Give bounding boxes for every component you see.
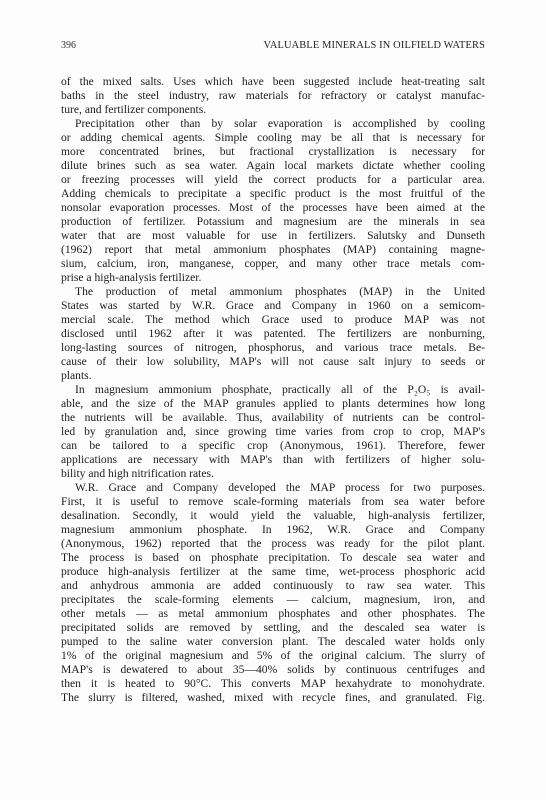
text-line: or freezing processes will yield the cor… (61, 173, 485, 187)
text-line: then it is heated to 90°C. This converts… (61, 677, 485, 691)
text-line: can be tailored to a specific crop (Anon… (61, 439, 485, 453)
text-line: dilute brines such as sea water. Again l… (61, 159, 485, 173)
page-number: 396 (61, 39, 76, 53)
text-line: 1% of the original magnesium and 5% of t… (61, 649, 485, 663)
text-line: (Anonymous, 1962) reported that the proc… (61, 537, 485, 551)
paragraph-grace-process: W.R. Grace and Company developed the MAP… (61, 481, 485, 705)
paragraph-continuation: of the mixed salts. Uses which have been… (61, 75, 485, 117)
text-line: magnesium ammonium phosphate. In 1962, W… (61, 523, 485, 537)
text-line: applications are necessary with MAP's th… (61, 453, 485, 467)
text-line: or adding chemical agents. Simple coolin… (61, 131, 485, 145)
text-line: sium, calcium, iron, manganese, copper, … (61, 257, 485, 271)
text-line: pumped to the saline water conversion pl… (61, 635, 485, 649)
text-line: The slurry is filtered, washed, mixed wi… (61, 691, 485, 705)
text-line: (1962) report that metal ammonium phosph… (61, 243, 485, 257)
text-line: W.R. Grace and Company developed the MAP… (61, 481, 485, 495)
paragraph-map-production: The production of metal ammonium phospha… (61, 285, 485, 383)
paragraph-magnesium-ammonium-phosphate: In magnesium ammonium phosphate, practic… (61, 383, 485, 481)
text-line: The production of metal ammonium phospha… (61, 285, 485, 299)
body-text: of the mixed salts. Uses which have been… (61, 75, 485, 705)
text-line: In magnesium ammonium phosphate, practic… (61, 383, 485, 397)
text-line: water that are most valuable for use in … (61, 229, 485, 243)
text-line: cause of their low solubility, MAP's wil… (61, 355, 485, 369)
text-line: precipitated solids are removed by settl… (61, 621, 485, 635)
text-line: ture, and fertilizer components. (61, 103, 485, 117)
text-line: bility and high nitrification rates. (61, 467, 485, 481)
text-line: MAP's is dewatered to about 35—40% solid… (61, 663, 485, 677)
running-head: 396 VALUABLE MINERALS IN OILFIELD WATERS (61, 39, 485, 53)
text-line: The process is based on phosphate precip… (61, 551, 485, 565)
text-line: production of fertilizer. Potassium and … (61, 215, 485, 229)
text-line: Adding chemicals to precipitate a specif… (61, 187, 485, 201)
text-line: more concentrated brines, but fractional… (61, 145, 485, 159)
text-line: Precipitation other than by solar evapor… (61, 117, 485, 131)
text-line: First, it is useful to remove scale-form… (61, 495, 485, 509)
text-line: plants. (61, 369, 485, 383)
running-title: VALUABLE MINERALS IN OILFIELD WATERS (264, 39, 485, 53)
text-line: other metals — as metal ammonium phospha… (61, 607, 485, 621)
text-line: nonsolar evaporation processes. Most of … (61, 201, 485, 215)
text-line: produce high-analysis fertilizer at the … (61, 565, 485, 579)
text-line: of the mixed salts. Uses which have been… (61, 75, 485, 89)
text-line: mercial scale. The method which Grace us… (61, 313, 485, 327)
text-line: led by granulation and, since growing ti… (61, 425, 485, 439)
text-line: and anhydrous ammonia are added continuo… (61, 579, 485, 593)
document-page: 396 VALUABLE MINERALS IN OILFIELD WATERS… (0, 0, 546, 800)
text-line: desalination. Secondly, it would yield t… (61, 509, 485, 523)
text-line: disclosed until 1962 after it was patent… (61, 327, 485, 341)
text-line: States was started by W.R. Grace and Com… (61, 299, 485, 313)
text-line: the nutrients will be available. Thus, a… (61, 411, 485, 425)
paragraph-precipitation: Precipitation other than by solar evapor… (61, 117, 485, 285)
text-line: able, and the size of the MAP granules a… (61, 397, 485, 411)
text-line: precipitates the scale-forming elements … (61, 593, 485, 607)
text-line: baths in the steel industry, raw materia… (61, 89, 485, 103)
text-line: prise a high-analysis fertilizer. (61, 271, 485, 285)
text-line: long-lasting sources of nitrogen, phosph… (61, 341, 485, 355)
